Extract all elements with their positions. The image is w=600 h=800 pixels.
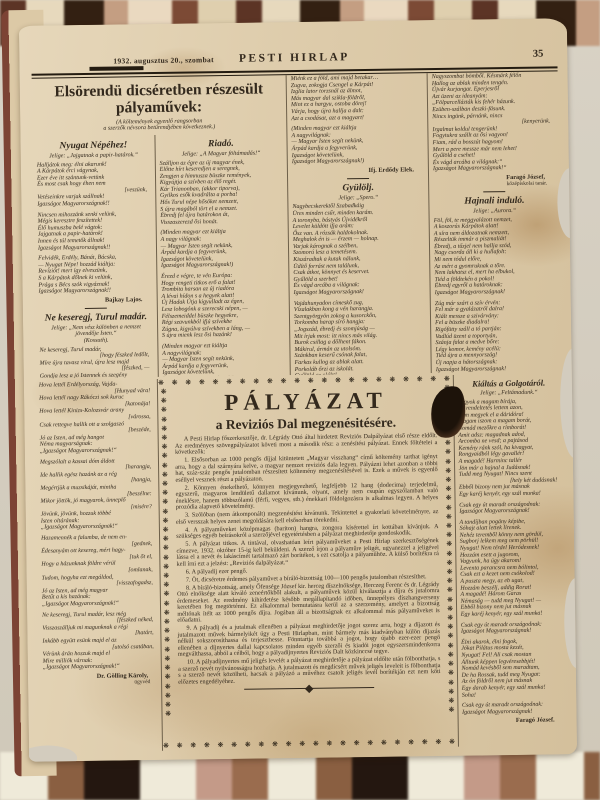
poem-text: Nagybecskerektől SzabadkáigÜres minden c… bbox=[292, 203, 427, 376]
palyazat-title: PÁLYÁZAT bbox=[174, 387, 437, 417]
poem-text: Föl, föl, te meggyalázott nemzet,A koszo… bbox=[434, 216, 558, 373]
palyazat-body: ❋ ❋ ❋ ❋ ❋ ❋ ❋ ❋ ❋ ❋ ❋ ❋ ❋ ❋ ❋ ❋ ❋ ❋ ❋ ❋ … bbox=[158, 384, 457, 742]
newspaper-page: 1932. augusztus 20., szombat PESTI HIRLA… bbox=[19, 18, 577, 762]
author-signature: Bajkay Lajos. bbox=[39, 296, 153, 305]
article-title: Hajnali induló. bbox=[433, 195, 555, 207]
article-divider bbox=[483, 191, 505, 192]
article-title: Nyugat Népéhez! bbox=[37, 140, 151, 152]
jelige: Jelige: „Feltámadunk.“ bbox=[458, 389, 560, 397]
poem-text: Vagyok a magam bírája,Én rendeltetés let… bbox=[458, 398, 565, 716]
bottom-section: Hova lettél Erdélyország, Vajda-[Hunyad … bbox=[36, 373, 567, 752]
article-divider bbox=[347, 178, 369, 179]
left-half: Elsörendü dicséretben részesült pályaműv… bbox=[32, 75, 290, 379]
column-4: Nagyszombat bömből. Késmárk félőnHallog … bbox=[427, 71, 562, 373]
article-title: Riadó. bbox=[159, 138, 282, 150]
column-2: Riadó. Jelige: „A Magyar föltámadás!“ Sz… bbox=[154, 133, 290, 377]
main-headline: Elsörendü dicséretben részesült pályaműv… bbox=[36, 80, 282, 118]
columns-1-2: Nyugat Népéhez! Jelige: „Jajgatnak a pap… bbox=[32, 133, 289, 379]
palyazat-content: PÁLYÁZAT a Reviziós Dal megzenésitésére.… bbox=[169, 384, 446, 742]
jelige: Jelige: „A Magyar föltámadás!“ bbox=[159, 150, 282, 158]
page-content: 1932. augusztus 20., szombat PESTI HIRLA… bbox=[31, 48, 567, 753]
author-signature: Ifj. Erdődy Elek. bbox=[292, 166, 424, 175]
article-title: Kiáltás a Golgotáról. bbox=[457, 377, 560, 388]
author-role: ügyvéd bbox=[43, 679, 158, 687]
headline-subtitle: (A költemények egyenlő rangsorbana szerz… bbox=[32, 117, 286, 134]
column-3: Miénk ez a föld, ami majd betakar…Zugva,… bbox=[286, 73, 431, 375]
poem-text: Hova lettél Erdélyország, Vajda-[Hunyad … bbox=[39, 381, 158, 672]
top-section: Elsörendü dicséretben részesült pályaműv… bbox=[32, 71, 562, 378]
author-signature: Faragó József. bbox=[462, 717, 564, 725]
palyazat-subtitle: a Reviziós Dal megzenésitésére. bbox=[175, 414, 438, 434]
author-role: középiskolai tanár. bbox=[433, 180, 555, 188]
poem-text: Halljátok meg: élni akarunk!A Kárpátok é… bbox=[37, 161, 153, 296]
bottom-left-column: Hova lettél Erdélyország, Vajda-[Hunyad … bbox=[36, 379, 162, 753]
article-title: Gyülölj. bbox=[292, 182, 424, 194]
jelige: Jelige: „Spero.“ bbox=[292, 194, 424, 202]
jelige: Jelige: „Nem vész különben a nemzetjöven… bbox=[39, 324, 153, 345]
page-number: 35 bbox=[533, 49, 544, 60]
photo-background: 1932. augusztus 20., szombat PESTI HIRLA… bbox=[0, 0, 600, 800]
end-ornament bbox=[245, 687, 375, 690]
poem-text: Szálljon az égre az új magyar ének,Előtt… bbox=[160, 159, 287, 377]
date-rule bbox=[89, 66, 143, 71]
bottom-right-column: Kiáltás a Golgotáról. Jelige: „Feltámadu… bbox=[452, 373, 567, 746]
torn-edge bbox=[557, 168, 577, 238]
poem-text: Nagyszombat bömből. Késmárk félőnHallog … bbox=[432, 72, 555, 173]
jelige: Jelige: „Jajgatnak a papir-határok.“ bbox=[37, 152, 151, 160]
poem-text: Ne keseregj, Turul madár,[hogy fészked l… bbox=[39, 346, 154, 379]
jelige: Jelige: „Aurora.“ bbox=[434, 207, 556, 215]
palyazat-box: ❋ ❋ ❋ ❋ ❋ ❋ ❋ ❋ ❋ ❋ ❋ ❋ ❋ ❋ ❋ ❋ ❋ ❋ ❋ ❋ … bbox=[157, 375, 458, 751]
poem-text: Miénk ez a föld, ami majd betakar…Zugva,… bbox=[291, 74, 424, 166]
masthead-title: PESTI HIRLAP bbox=[31, 48, 557, 67]
palyazat-rules: A Pesti Hirlap főszerkesztője, dr. Légrá… bbox=[175, 433, 441, 686]
article-title: Ne keseregj, Turul madár. bbox=[39, 312, 153, 324]
column-1: Nyugat Népéhez! Jelige: „Jajgatnak a pap… bbox=[32, 135, 157, 379]
article-divider bbox=[85, 307, 107, 308]
